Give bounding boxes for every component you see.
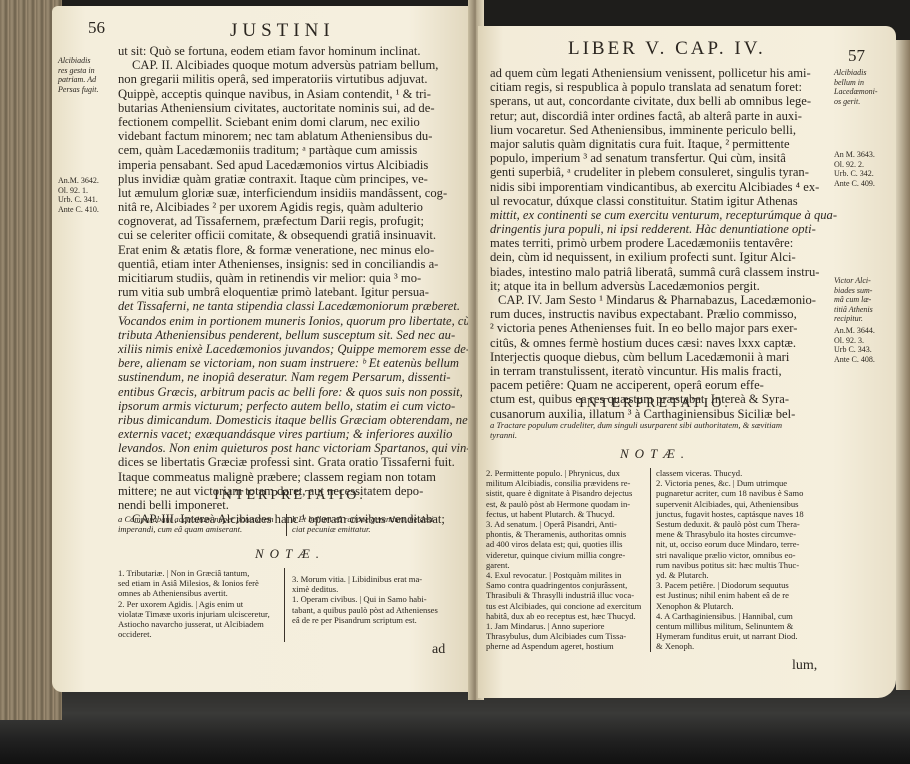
column-divider	[284, 568, 285, 642]
text-line: fectionem compellit. Sciebant enim domi …	[118, 115, 462, 129]
interpretatio-heading: INTERPRETATIO.	[490, 396, 820, 412]
note-line: fectus, ut habent Plutarch. & Thucyd.	[486, 509, 641, 519]
notes-column-2: 3. Morum vitia. | Libidinibus erat ma- x…	[292, 574, 438, 625]
side-note-line: Persas fugit.	[58, 85, 98, 95]
note-line: habitâ, dux ab eo receptus est, hæc Thuc…	[486, 611, 641, 621]
text-line: dein, cùm id nequissent, in exilium prof…	[490, 250, 830, 264]
side-note-line: patriam. Ad	[58, 75, 98, 85]
text-line: Vocandos enim in portionem muneris Ionio…	[118, 314, 462, 328]
note-line: garent.	[486, 560, 641, 570]
interpretatio-note-a: a Comparabant acquisitam nuper potestate…	[118, 514, 274, 534]
right-page-edges	[896, 40, 910, 690]
note-line: yd. & Plutarch.	[656, 570, 804, 580]
text-line: Quippè, acceptis quinque navibus, in Asi…	[118, 87, 462, 101]
text-line: sustinendum, ne inopiâ deseratur. Nam re…	[118, 370, 462, 384]
catchword: lum,	[792, 658, 817, 674]
date-line: Ol. 92. 2.	[834, 160, 875, 170]
text-line: plus invidiæ quàm gratiæ contraxit. Itaq…	[118, 172, 462, 186]
note-line: 1. Jam Mindarus. | Anno superiore	[486, 621, 641, 631]
text-line: CAP. II. Alcibiades quoque motum adversù…	[118, 58, 462, 72]
note-line: 2. Per uxorem Agidis. | Agis enim ut	[118, 599, 270, 609]
note-line: videretur, quinque civium millia congre-	[486, 550, 641, 560]
catchword: ad	[432, 642, 445, 658]
side-note: Alcibiadis res gesta in patriam. Ad Pers…	[58, 56, 98, 94]
text-line: genti superbiâ, ᵃ crudeliter in plebem c…	[490, 165, 830, 179]
side-note-line: recipitur.	[834, 314, 873, 324]
text-line: nitâ re, Alcibiades ² per uxorem Agidis …	[118, 200, 462, 214]
note-line: Sestum deduxit. & paulò pòst cum Thera-	[656, 519, 804, 529]
text-line: rum vitia sub umbrâ eloquentiæ primò lat…	[118, 285, 462, 299]
note-line: Thrasibuli & Thrasylli industriâ illuc v…	[486, 590, 641, 600]
date-line: Urb. C. 341.	[58, 195, 99, 205]
text-line: nidis sibi imporentiam vindicantibus, ab…	[490, 180, 830, 194]
text-line: tributa Atheniensibus penderent, bellum …	[118, 328, 462, 342]
note-line: rum navibus potitus sit: hæc multis Thuc…	[656, 560, 804, 570]
text-line: rum duces, instructis navibus expectaban…	[490, 307, 830, 321]
date-line: Ante C. 408.	[834, 355, 875, 365]
note-line: tus est Alcibiades, qui concione ad exer…	[486, 601, 641, 611]
note-line: ciat pecuniæ emittatur.	[292, 524, 436, 534]
note-line: sed etiam in Asiâ Milesios, & Ionios fer…	[118, 578, 270, 588]
note-line: est, & paulò pòst ab Hermone quodam in-	[486, 499, 641, 509]
text-line: ut sit: Quò se fortuna, eodem etiam favo…	[118, 44, 462, 58]
date-line: Urb. C. 342.	[834, 169, 875, 179]
text-line: cognoverat, ad Tissafernem, præfectum Da…	[118, 214, 462, 228]
note-line: 2. Permittente populo. | Phrynicus, dux	[486, 468, 641, 478]
text-line: pacem petiêre: Quam ne acciperent, operâ…	[490, 378, 830, 392]
side-note-line: Lacedæmoni-	[834, 87, 878, 97]
note-line: omnes ab Atheniensibus avertit.	[118, 588, 270, 598]
text-line: ipsorum armis victurum; perfecto autem b…	[118, 399, 462, 413]
text-line: ul revocatur, dúxque classi constituitur…	[490, 194, 830, 208]
note-line: 3. Ad senatum. | Operâ Pisandri, Anti-	[486, 519, 641, 529]
text-line: ad quem cùm legati Atheniensium venissen…	[490, 66, 830, 80]
date-line: An M. 3643.	[834, 150, 875, 160]
text-line: dringentis jura populi, ni ipsi redderen…	[490, 222, 830, 236]
text-line: butarias Atheniensium civitates, auctori…	[118, 101, 462, 115]
text-line: CAP. IV. Jam Sesto ¹ Mindarus & Pharnaba…	[490, 293, 830, 307]
text-line: non gregarii militis operâ, sed imperato…	[118, 72, 462, 86]
text-line: micitiarum studiis, quàm in retinendis v…	[118, 271, 462, 285]
note-line: eâ de re per Pisandrum scriptum est.	[292, 615, 438, 625]
date-note: An.M. 3644. Ol. 92. 3. Urb C. 343. Ante …	[834, 326, 875, 364]
note-line: 4. A Carthaginiensibus. | Hannibal, cum	[656, 611, 804, 621]
date-line: An.M. 3642.	[58, 176, 99, 186]
side-note: Alcibiadis bellum in Lacedæmoni- os geri…	[834, 68, 878, 106]
date-line: Ante C. 409.	[834, 179, 875, 189]
text-line: in terram transtulissent, iteratò vincun…	[490, 364, 830, 378]
note-line: Hymeram funditus eruit, ut narrant Diod.	[656, 631, 804, 641]
text-line: dices se libertatis Græciæ professi sint…	[118, 455, 462, 469]
note-line: Astiocho navarcho jusserat, ut Alcibiade…	[118, 619, 270, 629]
text-line: retur; aut, discordiâ inter ordines fact…	[490, 109, 830, 123]
side-note-line: mâ cum læ-	[834, 295, 873, 305]
note-line: supervenit Alcibiades, qui, Atheniensibu…	[656, 499, 804, 509]
text-line: xiliis nimis enixè Lacedæmonios juvandos…	[118, 342, 462, 356]
text-line: populo, imperium ³ ad senatum transfertu…	[490, 151, 830, 165]
interpretatio-note-b: b Et bellum eâ ratione gerendum, ne desi…	[292, 514, 436, 534]
note-line: 1. Operam civibus. | Qui in Samo habi-	[292, 594, 438, 604]
note-line: Thrasybulus, dum Alcibiades cum Tissa-	[486, 631, 641, 641]
side-note-line: bellum in	[834, 78, 878, 88]
note-line: 3. Morum vitia. | Libidinibus erat ma-	[292, 574, 438, 584]
page-number: 57	[848, 46, 865, 66]
note-line: pugnaretur acriter, cum 18 navibus è Sam…	[656, 488, 804, 498]
text-line: lut æmulum gloriæ suæ, interficiendum in…	[118, 186, 462, 200]
note-line: est Justinus; nihil enim habent eâ de re	[656, 590, 804, 600]
date-note: An M. 3643. Ol. 92. 2. Urb. C. 342. Ante…	[834, 150, 875, 188]
side-note-line: Alcibiadis	[58, 56, 98, 66]
text-line: mittit, ex continenti se cum exercitu ve…	[490, 208, 830, 222]
column-divider	[286, 514, 287, 536]
text-line: sperans, ut aut, concordante civitate, d…	[490, 94, 830, 108]
body-text: ad quem cùm legati Atheniensium venissen…	[490, 66, 830, 421]
notae-heading: NOTÆ.	[490, 446, 820, 462]
date-line: Ante C. 410.	[58, 205, 99, 215]
note-line: pherne ad Aspendum ageret, hostium	[486, 641, 641, 651]
text-line: videbant factum minorem; nec tam ablatum…	[118, 129, 462, 143]
note-line: militum Alcibiadis, consilia prævidens r…	[486, 478, 641, 488]
notes-column-1: 1. Tributariæ. | Non in Græciâ tantum, s…	[118, 568, 270, 639]
side-note: Victor Alci- biades sum- mâ cum læ- titi…	[834, 276, 873, 324]
side-note-line: res gesta in	[58, 66, 98, 76]
side-note-line: titiâ Athenis	[834, 305, 873, 315]
note-line: tabant, a quibus paulò pòst ad Atheniens…	[292, 605, 438, 615]
column-divider	[650, 468, 651, 652]
left-page: 56 JUSTINI Alcibiadis res gesta in patri…	[52, 6, 472, 692]
date-line: Ol. 92. 1.	[58, 186, 99, 196]
text-line: major salutis quàm dignitatis cura fuit.…	[490, 137, 830, 151]
text-line: Interjectis quoque diebus, cùm bellum La…	[490, 350, 830, 364]
note-line: phontis, & Theramenis, authoritas omnis	[486, 529, 641, 539]
text-line: imperia pensabant. Sed apud Lacedæmonios…	[118, 158, 462, 172]
interpretatio-heading: INTERPRETATIO.	[118, 488, 462, 504]
note-line: mene & Thrasybulo ita hostes circumve-	[656, 529, 804, 539]
text-line: cem, quàm Lacedæmoniis traditum; ᵃ partà…	[118, 143, 462, 157]
side-note-line: Alcibiadis	[834, 68, 878, 78]
notae-heading: NOTÆ.	[118, 546, 462, 562]
note-line: tyranni.	[490, 430, 782, 440]
note-line: classem viceras. Thucyd.	[656, 468, 804, 478]
note-line: junctus, fugavit hostes, captásque naves…	[656, 509, 804, 519]
text-line: externis vacet; exæquandásque vires part…	[118, 427, 462, 441]
note-line: stri navalique prælio victor, omnibus eo…	[656, 550, 804, 560]
note-line: sistit, quare è dignitate à Pisandro dej…	[486, 488, 641, 498]
running-head: JUSTINI	[230, 20, 335, 42]
date-note: An.M. 3642. Ol. 92. 1. Urb. C. 341. Ante…	[58, 176, 99, 214]
note-line: imperandi, cum eâ quam amiserant.	[118, 524, 274, 534]
text-line: citûs, & omnes fermè hostium duces cæsi:…	[490, 336, 830, 350]
text-line: Erat enim & ætatis flore, & formæ venera…	[118, 243, 462, 257]
text-line: lium vocaretur. Sed Atheniensibus, immin…	[490, 123, 830, 137]
text-line: Itaque commeatus malignè præbere; classe…	[118, 470, 462, 484]
note-line: Samo contra quadringentos conjurâssent,	[486, 580, 641, 590]
date-line: An.M. 3644.	[834, 326, 875, 336]
interpretatio-note-a: a Tractare populum crudeliter, dum singu…	[490, 420, 782, 440]
notes-column-1: 2. Permittente populo. | Phrynicus, dux …	[486, 468, 641, 652]
side-note-line: Victor Alci-	[834, 276, 873, 286]
text-line: mates territi, primò urbem prodere Laced…	[490, 236, 830, 250]
date-line: Urb C. 343.	[834, 345, 875, 355]
note-line: & Xenoph.	[656, 641, 804, 651]
right-page: LIBER V. CAP. IV. 57 ad quem cùm legati …	[478, 26, 896, 698]
text-line: quentiâ, etiam inter Athenienses, insign…	[118, 257, 462, 271]
note-line: 1. Tributariæ. | Non in Græciâ tantum,	[118, 568, 270, 578]
note-line: occideret.	[118, 629, 270, 639]
note-line: ad 400 viros delata est; qui, quoties il…	[486, 539, 641, 549]
note-line: b Et bellum eâ ratione gerendum, ne desi…	[292, 514, 436, 524]
note-line: nit, ut, occiso eorum duce Mindaro, terr…	[656, 539, 804, 549]
note-line: ximè deditus.	[292, 584, 438, 594]
text-line: ² victoria penes Athenienses fuit. In eo…	[490, 321, 830, 335]
note-line: a Comparabant acquisitam nuper potestate…	[118, 514, 274, 524]
page-number: 56	[88, 18, 105, 38]
side-note-line: biades sum-	[834, 286, 873, 296]
note-line: violatæ Timææ uxoris injuriam ulcisceret…	[118, 609, 270, 619]
text-line: det Tissaferni, ne tanta stipendia class…	[118, 299, 462, 313]
date-line: Ol. 92. 3.	[834, 336, 875, 346]
note-line: a Tractare populum crudeliter, dum singu…	[490, 420, 782, 430]
text-line: bere, alienam se victoriam, non suam ins…	[118, 356, 462, 370]
note-line: Xenophon & Plutarch.	[656, 601, 804, 611]
text-line: citiam regis, si respublica à populo tra…	[490, 80, 830, 94]
text-line: it; atque ita in bellum adversùs Lacedæm…	[490, 279, 830, 293]
side-note-line: os gerit.	[834, 97, 878, 107]
note-line: 3. Pacem petiêre. | Diodorum sequutus	[656, 580, 804, 590]
note-line: 4. Exul revocatur. | Postquàm milites in	[486, 570, 641, 580]
text-line: levandos. Non enim quieturos post hanc v…	[118, 441, 462, 455]
text-line: ribus dimicandum. Domesticis itaque bell…	[118, 413, 462, 427]
note-line: 2. Victoria penes, &c. | Dum utrimque	[656, 478, 804, 488]
running-head: LIBER V. CAP. IV.	[568, 38, 766, 60]
notes-column-2: classem viceras. Thucyd. 2. Victoria pen…	[656, 468, 804, 652]
note-line: centum millibus militum, Selinuntem &	[656, 621, 804, 631]
text-line: cui se celeriter officii comitate, & obs…	[118, 228, 462, 242]
text-line: biades, intestino malo patriâ liberatâ, …	[490, 265, 830, 279]
text-line: entibus Græcis, arbitrum pacis ac belli …	[118, 385, 462, 399]
body-text: ut sit: Quò se fortuna, eodem etiam favo…	[118, 44, 462, 526]
